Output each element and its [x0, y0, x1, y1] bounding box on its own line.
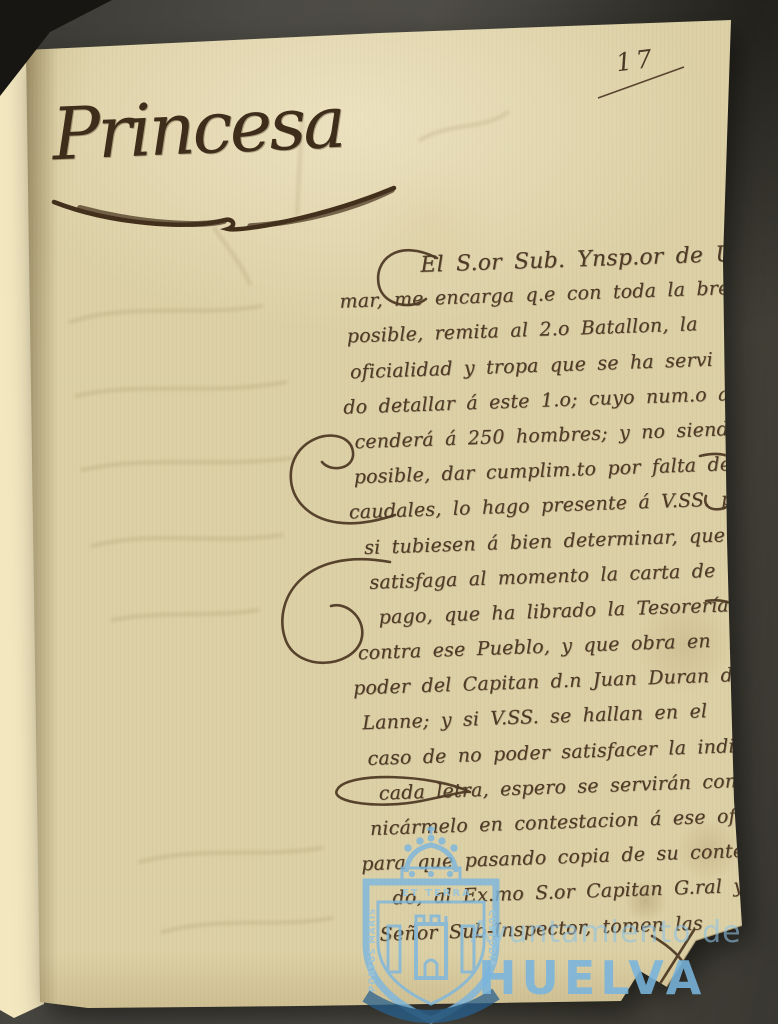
- manuscript-heading: Princesa: [50, 80, 344, 177]
- page-number: 17: [614, 44, 657, 78]
- binding-fold-shadow: [24, 40, 58, 1016]
- paper-wrap: 17 Princesa: [0, 0, 778, 1024]
- manuscript-body: El S.or Sub. Ynsp.or de Ultra-mar, me en…: [332, 242, 770, 960]
- heading-underline-flourish: [40, 178, 412, 238]
- archive-photo: 17 Princesa: [0, 0, 778, 1024]
- manuscript-page: 17 Princesa: [0, 0, 778, 1024]
